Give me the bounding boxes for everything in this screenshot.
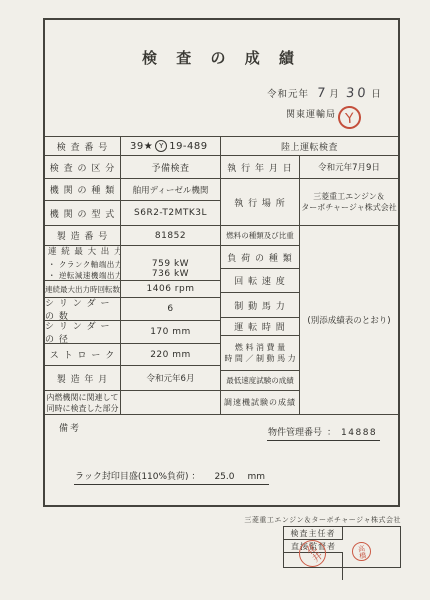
property-number-label: 物件管理番号 [268, 428, 322, 438]
related-parts-line1: 内燃機関に関連して [47, 392, 119, 403]
stroke-value: 220 mm [121, 344, 221, 366]
related-parts-value [121, 391, 221, 415]
exec-place-line1: 三菱重工エンジン＆ [313, 191, 385, 202]
exec-date-label: 執 行 年 月 日 [221, 156, 300, 179]
rack-seal-unit: mm [247, 472, 265, 482]
document-frame: 検 査 の 成 績 令和元年 7 月 30 日 関東運輸局 Y 検 査 番 号 … [43, 18, 400, 507]
date-month-handwritten: 7 [316, 86, 325, 101]
category-value: 予備検査 [121, 156, 221, 179]
property-management-number: 物件管理番号：14888 [267, 425, 380, 441]
max-output-rpm-value: 1406 rpm [121, 281, 221, 298]
attachment-note-cell: (別添成績表のとおり) [300, 226, 398, 415]
category-label: 検 査 の 区 分 [45, 156, 121, 179]
min-speed-test-label: 最低速度試験の成績 [221, 371, 300, 391]
circled-y-mark: Y [155, 140, 167, 152]
fuel-consumption-label: 燃 料 消 費 量 時 間 ／ 制 動 馬 力 [221, 336, 300, 371]
engine-model-label: 機 関 の 型 式 [45, 201, 121, 226]
inspection-no-value: 39★Y19-489 [121, 137, 221, 156]
run-time-label: 運 転 時 間 [221, 318, 300, 336]
engine-type-value: 舶用ディーゼル機関 [121, 179, 221, 201]
reverse-output-value: 736 kW [152, 269, 189, 279]
exec-place-line2: ターボチャージャ株式会社 [301, 202, 396, 213]
inspection-no-label: 検 査 番 号 [45, 137, 121, 156]
engine-model-value: S6R2-T2MTK3L [121, 201, 221, 226]
mfg-date-value: 令和元年6月 [121, 366, 221, 391]
cylinder-bore-label: シ リ ン ダ ー の 径 [45, 321, 121, 344]
exec-date-value: 令和元年7月9日 [300, 156, 398, 179]
max-output-title: 連 続 最 大 出 力 [48, 247, 120, 259]
chief-inspector-header: 検査主任者 [284, 527, 343, 540]
inspection-table: 検 査 番 号 39★Y19-489 陸上運転検査 検 査 の 区 分 予備検査… [45, 136, 398, 414]
rack-seal-value: 25.0 [214, 472, 234, 482]
page-title: 検 査 の 成 績 [45, 47, 398, 68]
inspection-no-prefix: 39★ [130, 141, 153, 152]
land-test-cell: 陸上運転検査 [221, 137, 398, 156]
rack-seal-label: ラック封印目盛(110%負荷) ： [75, 472, 200, 482]
date-day-suffix: 日 [371, 86, 381, 100]
date-era: 令和元年 [267, 86, 309, 100]
governor-test-label: 調速機試験の成績 [221, 391, 300, 415]
max-output-label: 連 続 最 大 出 力 ・ クランク軸端出力 ・ 逆転減速機端出力 [45, 246, 121, 281]
date-day-handwritten: 30 [345, 86, 369, 101]
reverse-output-label: ・ 逆転減速機端出力 [48, 270, 120, 281]
exec-place-label: 執 行 場 所 [221, 179, 300, 226]
mfg-date-label: 製 造 年 月 [45, 366, 121, 391]
serial-no-label: 製 造 番 号 [45, 226, 121, 246]
crank-output-value: 759 kW [152, 259, 189, 269]
supervisor-hanko-stamp: 高橋 [352, 542, 371, 561]
inspection-no-suffix: 19-489 [169, 141, 207, 152]
property-number-value: 14888 [341, 428, 377, 438]
date-month-suffix: 月 [329, 86, 339, 100]
stroke-label: ス ト ロ ー ク [45, 344, 121, 366]
max-output-values: 759 kW 736 kW [121, 246, 221, 281]
issue-date: 令和元年 7 月 30 日 [267, 86, 381, 101]
fuel-type-label: 燃料の種類及び比重 [221, 226, 300, 246]
load-type-label: 負 荷 の 種 類 [221, 246, 300, 269]
serial-no-value: 81852 [121, 226, 221, 246]
issuer-name: 関東運輸局 [286, 107, 336, 120]
max-output-rpm-label: 連続最大出力時回転数 [45, 281, 121, 298]
crank-output-label: ・ クランク軸端出力 [48, 259, 120, 271]
footer-company-name: 三菱重工エンジン＆ターボチャージャ株式会社 [244, 515, 401, 525]
exec-place-value: 三菱重工エンジン＆ ターボチャージャ株式会社 [300, 179, 398, 226]
cylinder-count-label: シ リ ン ダ ー の 数 [45, 298, 121, 321]
related-parts-label: 内燃機関に関連して 同時に検査した部分 [45, 391, 121, 415]
chief-inspector-hanko-stamp: 花井 [299, 540, 326, 567]
chief-hanko-name: 花井 [300, 541, 324, 566]
supervisor-hanko-name: 高橋 [355, 544, 367, 560]
fuel-consumption-line2: 時 間 ／ 制 動 馬 力 [224, 353, 295, 364]
brake-power-label: 制 動 馬 力 [221, 293, 300, 318]
direct-supervisor-stamp-cell [284, 580, 343, 600]
remarks-label: 備考 [59, 421, 81, 434]
fuel-consumption-line1: 燃 料 消 費 量 [235, 342, 285, 353]
issuer-approval-stamp: Y [337, 105, 362, 130]
engine-type-label: 機 関 の 種 類 [45, 179, 121, 201]
cylinder-bore-value: 170 mm [121, 321, 221, 344]
rotation-speed-label: 回 転 速 度 [221, 269, 300, 293]
scanned-inspection-document: { "header": { "title": "検 査 の 成 績", "dat… [0, 0, 430, 600]
property-number-separator: ： [327, 428, 336, 438]
cylinder-count-value: 6 [121, 298, 221, 321]
rack-seal-scale: ラック封印目盛(110%負荷) ：25.0mm [74, 469, 269, 485]
related-parts-line2: 同時に検査した部分 [47, 403, 119, 414]
